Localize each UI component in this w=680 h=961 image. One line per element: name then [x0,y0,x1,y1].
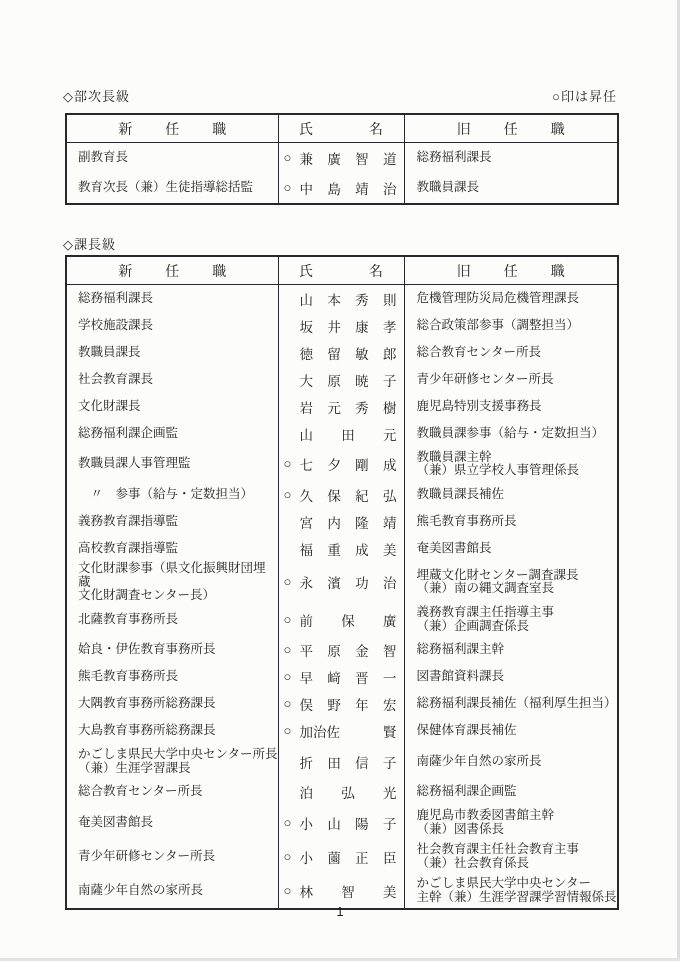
name-segment: 敏 [355,343,369,363]
new-post-line: （兼）生涯学習課長 [78,762,278,776]
name-segment: 靖 [355,178,369,198]
new-post-cell: 大隅教育事務所総務課長 [66,691,278,718]
name-segment: 樹 [383,397,397,417]
name-cell: 坂井康孝 [278,312,404,339]
old-post-cell: 総合政策部参事（調整担当） [404,312,618,339]
promotion-circle-icon: ○ [284,456,300,472]
new-post-cell: 奄美図書館長 [66,806,278,840]
name-cell: ○早﨑晋一 [278,664,404,691]
table-row: 文化財課長岩元秀樹鹿児島特別支援事務長 [66,393,618,420]
name-segment: 子 [383,813,397,833]
person-name: 久保紀弘 [300,485,397,505]
old-post-line: （兼）社会教育係長 [417,857,618,871]
new-post-cell: 青少年研修センター所長 [66,840,278,874]
table-row: 北薩教育事務所長○前保廣義務教育課主任指導主事（兼）企画調査係長 [66,603,618,637]
table-row: 文化財課参事（県文化振興財団埋蔵文化財調査センター長）○永濱功治埋蔵文化財センタ… [66,562,618,603]
table-row: 高校教育課指導監福重成美奄美図書館長 [66,535,618,562]
column-header-char: 任 [165,261,179,281]
name-segment: 宮 [300,512,314,532]
name-segment: 平 [300,640,314,660]
person-name: 折田信子 [300,752,397,772]
promotion-circle-icon: ○ [284,612,300,628]
new-post-line: 副教育長 [78,151,278,165]
new-post-line: 奄美図書館長 [78,816,278,830]
old-post-line: 教職員課長補佐 [417,488,618,502]
name-segment: 保 [341,610,355,630]
name-segment: 剛 [355,454,369,474]
new-post-cell: 総務福利課企画監 [66,420,278,447]
name-cell: 宮内隆靖 [278,508,404,535]
name-segment: 信 [355,752,369,772]
table-row: 大隅教育事務所総務課長○俣野年宏総務福利課長補佐（福利厚生担当） [66,691,618,718]
name-segment: 秀 [355,289,369,309]
new-post-cell: かごしま県民大学中央センター所長（兼）生涯学習課長 [66,745,278,779]
column-header-char: 新 [118,119,132,139]
new-post-line: 北薩教育事務所長 [78,613,278,627]
promotion-circle-icon: ○ [284,696,300,712]
person-name: 岩元秀樹 [300,397,397,417]
name-segment: 道 [383,148,397,168]
name-segment: 久 [300,485,314,505]
name-segment: 前 [300,610,314,630]
old-post-cell: 熊毛教育事務所長 [404,508,618,535]
new-post-line: 大島教育事務所総務課長 [78,724,278,738]
table-row: 総合教育センター所長泊弘光総務福利課企画監 [66,779,618,806]
table-row: 姶良・伊佐教育事務所長○平原金智総務福利課主幹 [66,637,618,664]
table-row: 教育次長（兼）生徒指導総括監○中島靖治教職員課長 [66,173,618,204]
person-name: 兼廣智道 [300,148,397,168]
old-post-cell: 教職員課長 [404,173,618,204]
table-header: 新任職 氏名 旧任職 [66,256,618,285]
column-header-name: 氏名 [278,256,404,285]
name-segment: 紀 [355,485,369,505]
table-row: 社会教育課長大原暁子青少年研修センター所長 [66,366,618,393]
name-segment: 坂 [300,316,314,336]
name-segment: 賢 [383,721,397,741]
new-post-line: 南薩少年自然の家所長 [78,884,278,898]
promotion-circle-icon: ○ [284,669,300,685]
new-post-line: 教職員課人事管理監 [78,457,278,471]
new-post-line: 青少年研修センター所長 [78,850,278,864]
old-post-line: 危機管理防災局危機管理課長 [417,292,618,306]
new-post-cell: 熊毛教育事務所長 [66,664,278,691]
person-name: 徳留敏郎 [300,343,397,363]
new-post-cell: 高校教育課指導監 [66,535,278,562]
name-segment: 康 [355,316,369,336]
name-segment: 元 [327,397,341,417]
section-heading-bucho: ◇部次長級 [63,86,130,105]
column-header-new-post-text: 新任職 [118,119,226,139]
column-header-new-post: 新任職 [66,256,278,285]
name-segment: 本 [327,289,341,309]
new-post-line: 総合教育センター所長 [78,785,278,799]
promotion-legend: ○印は昇任 [552,86,617,105]
name-segment: 折 [300,752,314,772]
old-post-line: （兼）県立学校人事管理係長 [417,464,618,478]
name-segment: 臣 [383,847,397,867]
old-post-line: 教職員課主幹 [417,451,618,465]
name-segment: 内 [327,512,341,532]
name-segment: 元 [383,424,397,444]
new-post-line: 総務福利課長 [78,292,278,306]
new-post-cell: 〃 参事（給与・定数担当） [66,481,278,508]
old-post-cell: 奄美図書館長 [404,535,618,562]
name-segment: 早 [300,667,314,687]
new-post-cell: 教育次長（兼）生徒指導総括監 [66,173,278,204]
new-post-line: 熊毛教育事務所長 [78,670,278,684]
column-header-old-post: 旧任職 [404,256,618,285]
old-post-line: 教職員課参事（給与・定数担当） [417,427,618,441]
name-segment: 廣 [327,148,341,168]
name-segment: 田 [341,424,355,444]
column-header-char: 名 [369,261,383,281]
table-body: 副教育長○兼廣智道総務福利課長教育次長（兼）生徒指導総括監○中島靖治教職員課長 [66,143,618,205]
column-header-char: 旧 [457,119,471,139]
name-cell: ○俣野年宏 [278,691,404,718]
person-name: 永濱功治 [300,572,397,592]
name-segment: 保 [327,485,341,505]
name-segment: 重 [327,539,341,559]
name-segment: 大 [300,370,314,390]
old-post-line: 鹿児島特別支援事務長 [417,400,618,414]
name-cell: ○中島靖治 [278,173,404,204]
old-post-cell: 総務福利課主幹 [404,637,618,664]
name-segment: 弘 [383,485,397,505]
new-post-cell: 大島教育事務所総務課長 [66,718,278,745]
promotion-circle-icon: ○ [284,180,300,196]
new-post-line: かごしま県民大学中央センター所長 [78,748,278,762]
section-header-row: ◇課長級 [63,234,617,253]
old-post-cell: 保健体育課長補佐 [404,718,618,745]
old-post-cell: 鹿児島特別支援事務長 [404,393,618,420]
column-header-name-text: 氏名 [299,119,383,139]
name-segment: 弘 [341,782,355,802]
new-post-cell: 教職員課長 [66,339,278,366]
name-segment: 陽 [355,813,369,833]
name-segment: 晋 [355,667,369,687]
column-header-old-post: 旧任職 [404,114,618,143]
name-cell: 折田信子 [278,745,404,779]
promotion-circle-icon: ○ [284,849,300,865]
name-segment: 正 [355,847,369,867]
old-post-line: 総合政策部参事（調整担当） [417,319,618,333]
new-post-line: 教職員課長 [78,346,278,360]
table-header: 新任職 氏名 旧任職 [66,114,618,143]
table-row: 青少年研修センター所長○小薗正臣社会教育課主任社会教育主事（兼）社会教育係長 [66,840,618,874]
name-segment: 山 [300,289,314,309]
table-row: かごしま県民大学中央センター所長（兼）生涯学習課長折田信子南薩少年自然の家所長 [66,745,618,779]
promotion-circle-icon: ○ [284,642,300,658]
name-segment: 智 [383,640,397,660]
name-segment: 福 [300,539,314,559]
new-post-line: 高校教育課指導監 [78,542,278,556]
name-segment: 則 [383,289,397,309]
new-post-line: 学校施設課長 [78,319,278,333]
column-header-char: 氏 [299,261,313,281]
name-segment: 徳 [300,343,314,363]
old-post-cell: 鹿児島市教委図書館主幹（兼）図書係長 [404,806,618,840]
name-segment: 井 [327,316,341,336]
person-name: 宮内隆靖 [300,512,397,532]
old-post-line: かごしま県民大学中央センター [417,877,618,891]
person-name: 泊弘光 [300,782,397,802]
name-cell: 徳留敏郎 [278,339,404,366]
name-segment: 泊 [300,782,314,802]
old-post-line: 総務福利課主幹 [417,643,618,657]
old-post-cell: 南薩少年自然の家所長 [404,745,618,779]
old-post-cell: 教職員課長補佐 [404,481,618,508]
name-segment: 薗 [327,847,341,867]
table-row: 総務福利課長山本秀則危機管理防災局危機管理課長 [66,285,618,313]
table-body: 総務福利課長山本秀則危機管理防災局危機管理課長学校施設課長坂井康孝総合政策部参事… [66,285,618,909]
new-post-cell: 総務福利課長 [66,285,278,313]
name-cell: ○小薗正臣 [278,840,404,874]
name-segment: 永 [300,572,314,592]
name-segment: 中 [300,178,314,198]
name-cell: ○七夕剛成 [278,447,404,481]
person-name: 小山陽子 [300,813,397,833]
column-header-char: 氏 [299,119,313,139]
old-post-line: （兼）図書係長 [417,823,618,837]
new-post-line: 総務福利課企画監 [78,427,278,441]
new-post-line: 文化財課長 [78,400,278,414]
new-post-line: 文化財課参事（県文化振興財団埋蔵 [78,562,278,589]
name-segment: 隆 [355,512,369,532]
promotion-circle-icon: ○ [284,574,300,590]
new-post-cell: 文化財課参事（県文化振興財団埋蔵文化財調査センター長） [66,562,278,603]
table-row: 〃 参事（給与・定数担当）○久保紀弘教職員課長補佐 [66,481,618,508]
table-row: 大島教育事務所総務課長○加治佐賢保健体育課長補佐 [66,718,618,745]
new-post-line: 義務教育課指導監 [78,515,278,529]
old-post-line: 図書館資料課長 [417,670,618,684]
column-header-old-post-text: 旧任職 [457,119,565,139]
name-segment: 濱 [327,572,341,592]
old-post-line: 総務福利課長補佐（福利厚生担当） [417,697,618,711]
header-row: 新任職 氏名 旧任職 [66,256,618,285]
name-segment: 美 [383,881,397,901]
person-name: 七夕剛成 [300,454,397,474]
old-post-cell: 教職員課主幹（兼）県立学校人事管理係長 [404,447,618,481]
person-name: 福重成美 [300,539,397,559]
name-segment: 山 [300,424,314,444]
old-post-cell: 青少年研修センター所長 [404,366,618,393]
new-post-cell: 総合教育センター所長 [66,779,278,806]
name-cell: 岩元秀樹 [278,393,404,420]
new-post-cell: 義務教育課指導監 [66,508,278,535]
column-header-char: 名 [369,119,383,139]
new-post-cell: 姶良・伊佐教育事務所長 [66,637,278,664]
old-post-cell: 総合教育センター所長 [404,339,618,366]
old-post-line: （兼）企画調査係長 [417,620,618,634]
name-segment: 宏 [383,694,397,714]
name-segment: 原 [327,370,341,390]
new-post-line: 姶良・伊佐教育事務所長 [78,643,278,657]
name-segment: 子 [383,370,397,390]
person-name: 小薗正臣 [300,847,397,867]
name-segment: 靖 [383,512,397,532]
name-cell: ○永濱功治 [278,562,404,603]
name-segment: 兼 [300,148,314,168]
new-post-cell: 教職員課人事管理監 [66,447,278,481]
person-name: 前保廣 [300,610,397,630]
person-name: 早﨑晋一 [300,667,397,687]
name-segment: 暁 [355,370,369,390]
promotion-circle-icon: ○ [284,815,300,831]
name-segment: 子 [383,752,397,772]
name-segment: 島 [327,178,341,198]
name-segment: 一 [383,667,397,687]
old-post-line: 南薩少年自然の家所長 [417,755,618,769]
table-row: 総務福利課企画監山田元教職員課参事（給与・定数担当） [66,420,618,447]
person-name: 平原金智 [300,640,397,660]
name-segment: 光 [383,782,397,802]
name-cell: ○前保廣 [278,603,404,637]
column-header-char: 任 [504,119,518,139]
new-post-cell: 学校施設課長 [66,312,278,339]
promotion-circle-icon: ○ [284,487,300,503]
new-post-cell: 北薩教育事務所長 [66,603,278,637]
name-segment: 夕 [327,454,341,474]
bucho-level-table: 新任職 氏名 旧任職 副教育長○兼廣智道総務福利課長教育次長（兼）生徒指導総括監… [65,113,619,205]
old-post-line: 教職員課長 [417,181,618,195]
column-header-char: 旧 [457,261,471,281]
name-cell: ○平原金智 [278,637,404,664]
old-post-cell: 危機管理防災局危機管理課長 [404,285,618,313]
name-segment: 功 [355,572,369,592]
new-post-cell: 副教育長 [66,143,278,174]
old-post-cell: 総務福利課長 [404,143,618,174]
column-header-char: 新 [118,261,132,281]
name-segment: 小 [300,813,314,833]
name-cell: 泊弘光 [278,779,404,806]
column-header-char: 職 [551,261,565,281]
name-segment: 美 [383,539,397,559]
name-segment: 小 [300,847,314,867]
new-post-cell: 文化財課長 [66,393,278,420]
name-cell: 福重成美 [278,535,404,562]
promotion-circle-icon: ○ [284,883,300,899]
person-name: 俣野年宏 [300,694,397,714]
old-post-cell: 社会教育課主任社会教育主事（兼）社会教育係長 [404,840,618,874]
name-segment: 年 [355,694,369,714]
old-post-cell: 埋蔵文化財センター調査課長（兼）南の縄文調査室長 [404,562,618,603]
name-segment: 廣 [383,610,397,630]
old-post-line: 総合教育センター所長 [417,346,618,360]
section-header-row: ◇部次長級 ○印は昇任 [63,86,617,105]
old-post-line: 鹿児島市教委図書館主幹 [417,809,618,823]
name-segment: 智 [355,148,369,168]
person-name: 大原暁子 [300,370,397,390]
column-header-new-post: 新任職 [66,114,278,143]
name-segment: 林 [300,881,314,901]
column-header-old-post-text: 旧任職 [457,261,565,281]
name-segment: 成 [355,539,369,559]
header-row: 新任職 氏名 旧任職 [66,114,618,143]
promotion-circle-icon: ○ [284,150,300,166]
name-segment: 俣 [300,694,314,714]
column-header-char: 任 [504,261,518,281]
name-segment: 成 [383,454,397,474]
name-segment: 孝 [383,316,397,336]
name-segment: 金 [355,640,369,660]
column-header-char: 職 [551,119,565,139]
name-cell: ○兼廣智道 [278,143,404,174]
column-header-char: 職 [212,119,226,139]
old-post-line: 保健体育課長補佐 [417,724,618,738]
new-post-line: 社会教育課長 [78,373,278,387]
old-post-cell: 総務福利課長補佐（福利厚生担当） [404,691,618,718]
name-segment: 田 [327,752,341,772]
old-post-line: 主幹（兼）生涯学習課学習情報係長 [417,891,618,905]
promotion-circle-icon: ○ [284,723,300,739]
column-header-char: 任 [165,119,179,139]
old-post-line: 青少年研修センター所長 [417,373,618,387]
person-name: 山田元 [300,424,397,444]
name-segment: 野 [327,694,341,714]
old-post-line: （兼）南の縄文調査室長 [417,582,618,596]
name-segment: 留 [327,343,341,363]
name-cell: 山本秀則 [278,285,404,313]
old-post-line: 総務福利課長 [417,151,618,165]
name-segment: 秀 [355,397,369,417]
old-post-cell: 義務教育課主任指導主事（兼）企画調査係長 [404,603,618,637]
section-heading-kacho: ◇課長級 [63,234,116,253]
table-row: 教職員課長徳留敏郎総合教育センター所長 [66,339,618,366]
table-row: 学校施設課長坂井康孝総合政策部参事（調整担当） [66,312,618,339]
column-header-char: 職 [212,261,226,281]
name-cell: ○小山陽子 [278,806,404,840]
old-post-line: 総務福利課企画監 [417,785,618,799]
old-post-line: 義務教育課主任指導主事 [417,606,618,620]
old-post-line: 奄美図書館長 [417,542,618,556]
old-post-cell: 教職員課参事（給与・定数担当） [404,420,618,447]
person-name: 山本秀則 [300,289,397,309]
person-name: 林智美 [300,881,397,901]
column-header-name: 氏名 [278,114,404,143]
name-segment: 七 [300,454,314,474]
person-name: 坂井康孝 [300,316,397,336]
scanned-personnel-document-page: ◇部次長級 ○印は昇任 新任職 氏名 旧任職 副教育長○兼廣智道総務福利課長教育… [0,0,680,961]
table-row: 副教育長○兼廣智道総務福利課長 [66,143,618,174]
old-post-cell: 図書館資料課長 [404,664,618,691]
new-post-cell: 社会教育課長 [66,366,278,393]
old-post-line: 社会教育課主任社会教育主事 [417,843,618,857]
old-post-cell: 総務福利課企画監 [404,779,618,806]
person-name: 中島靖治 [300,178,397,198]
new-post-line: 大隅教育事務所総務課長 [78,697,278,711]
new-post-line: 教育次長（兼）生徒指導総括監 [78,181,278,195]
name-segment: 山 [327,813,341,833]
name-segment: 加治佐 [300,721,341,741]
table-row: 熊毛教育事務所長○早﨑晋一図書館資料課長 [66,664,618,691]
name-segment: 治 [383,572,397,592]
new-post-line: 文化財調査センター長） [78,589,278,603]
column-header-new-post-text: 新任職 [118,261,226,281]
page-number: 1 [0,904,680,919]
name-segment: 智 [341,881,355,901]
name-segment: 治 [383,178,397,198]
new-post-line: 〃 参事（給与・定数担当） [78,488,278,502]
name-segment: 岩 [300,397,314,417]
person-name: 加治佐賢 [300,721,397,741]
kacho-level-table: 新任職 氏名 旧任職 総務福利課長山本秀則危機管理防災局危機管理課長学校施設課長… [65,255,619,910]
table-row: 義務教育課指導監宮内隆靖熊毛教育事務所長 [66,508,618,535]
name-cell: 山田元 [278,420,404,447]
name-segment: 原 [327,640,341,660]
old-post-line: 熊毛教育事務所長 [417,515,618,529]
table-row: 奄美図書館長○小山陽子鹿児島市教委図書館主幹（兼）図書係長 [66,806,618,840]
name-segment: 郎 [383,343,397,363]
